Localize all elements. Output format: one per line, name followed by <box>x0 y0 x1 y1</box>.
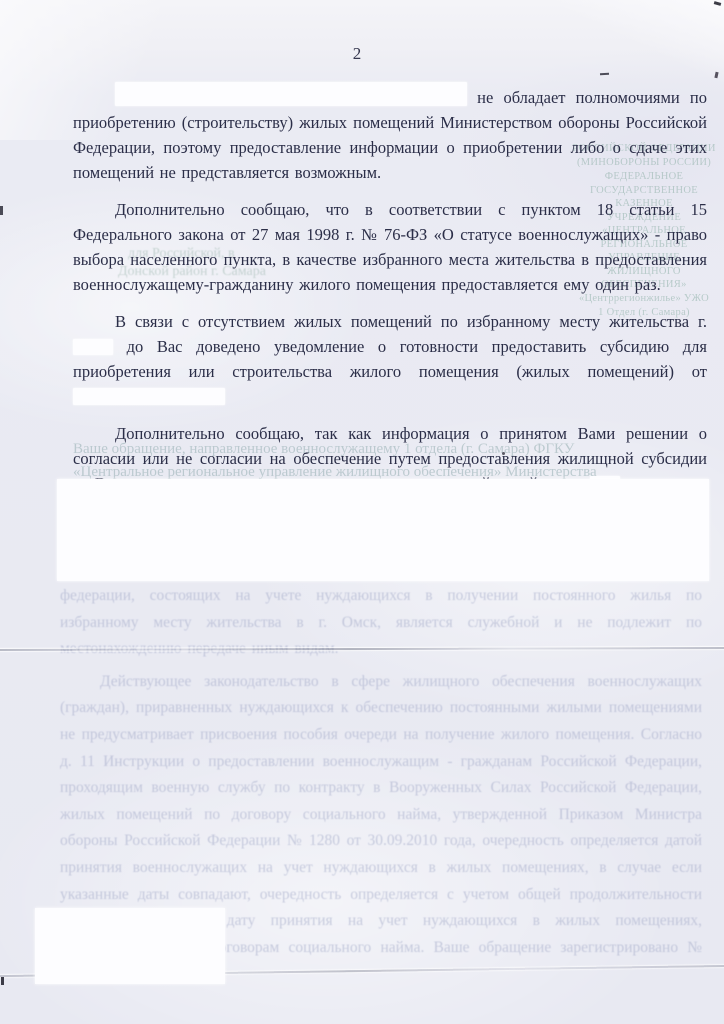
scan-artifact <box>1 977 4 985</box>
redaction-box <box>115 82 467 106</box>
scan-artifact <box>0 206 3 215</box>
bleedthrough-paragraph: федерации, состоящих на учете нуждающихс… <box>60 583 702 663</box>
letter-body: не обладает полномочиями по приобретению… <box>73 82 707 533</box>
paragraph: Дополнительно сообщаю, что в соответстви… <box>73 197 707 297</box>
scan-artifact <box>600 73 609 75</box>
redaction-box-bottom <box>35 908 225 984</box>
paragraph: не обладает полномочиями по приобретению… <box>73 82 707 185</box>
page-number: 2 <box>0 44 714 64</box>
scan-artifact <box>714 72 718 78</box>
paper-crease <box>0 647 724 651</box>
redaction-box <box>73 388 225 405</box>
redaction-box-large <box>57 479 709 581</box>
redaction-box <box>73 339 113 355</box>
paragraph: В связи с отсутствием жилых помещений по… <box>73 309 707 409</box>
scan-artifact <box>714 1 722 6</box>
scanned-letter-page: 2 РОССИЙСКОЙ ФЕДЕРАЦИИ(МИНОБОРОНЫ РОССИИ… <box>0 0 724 1024</box>
